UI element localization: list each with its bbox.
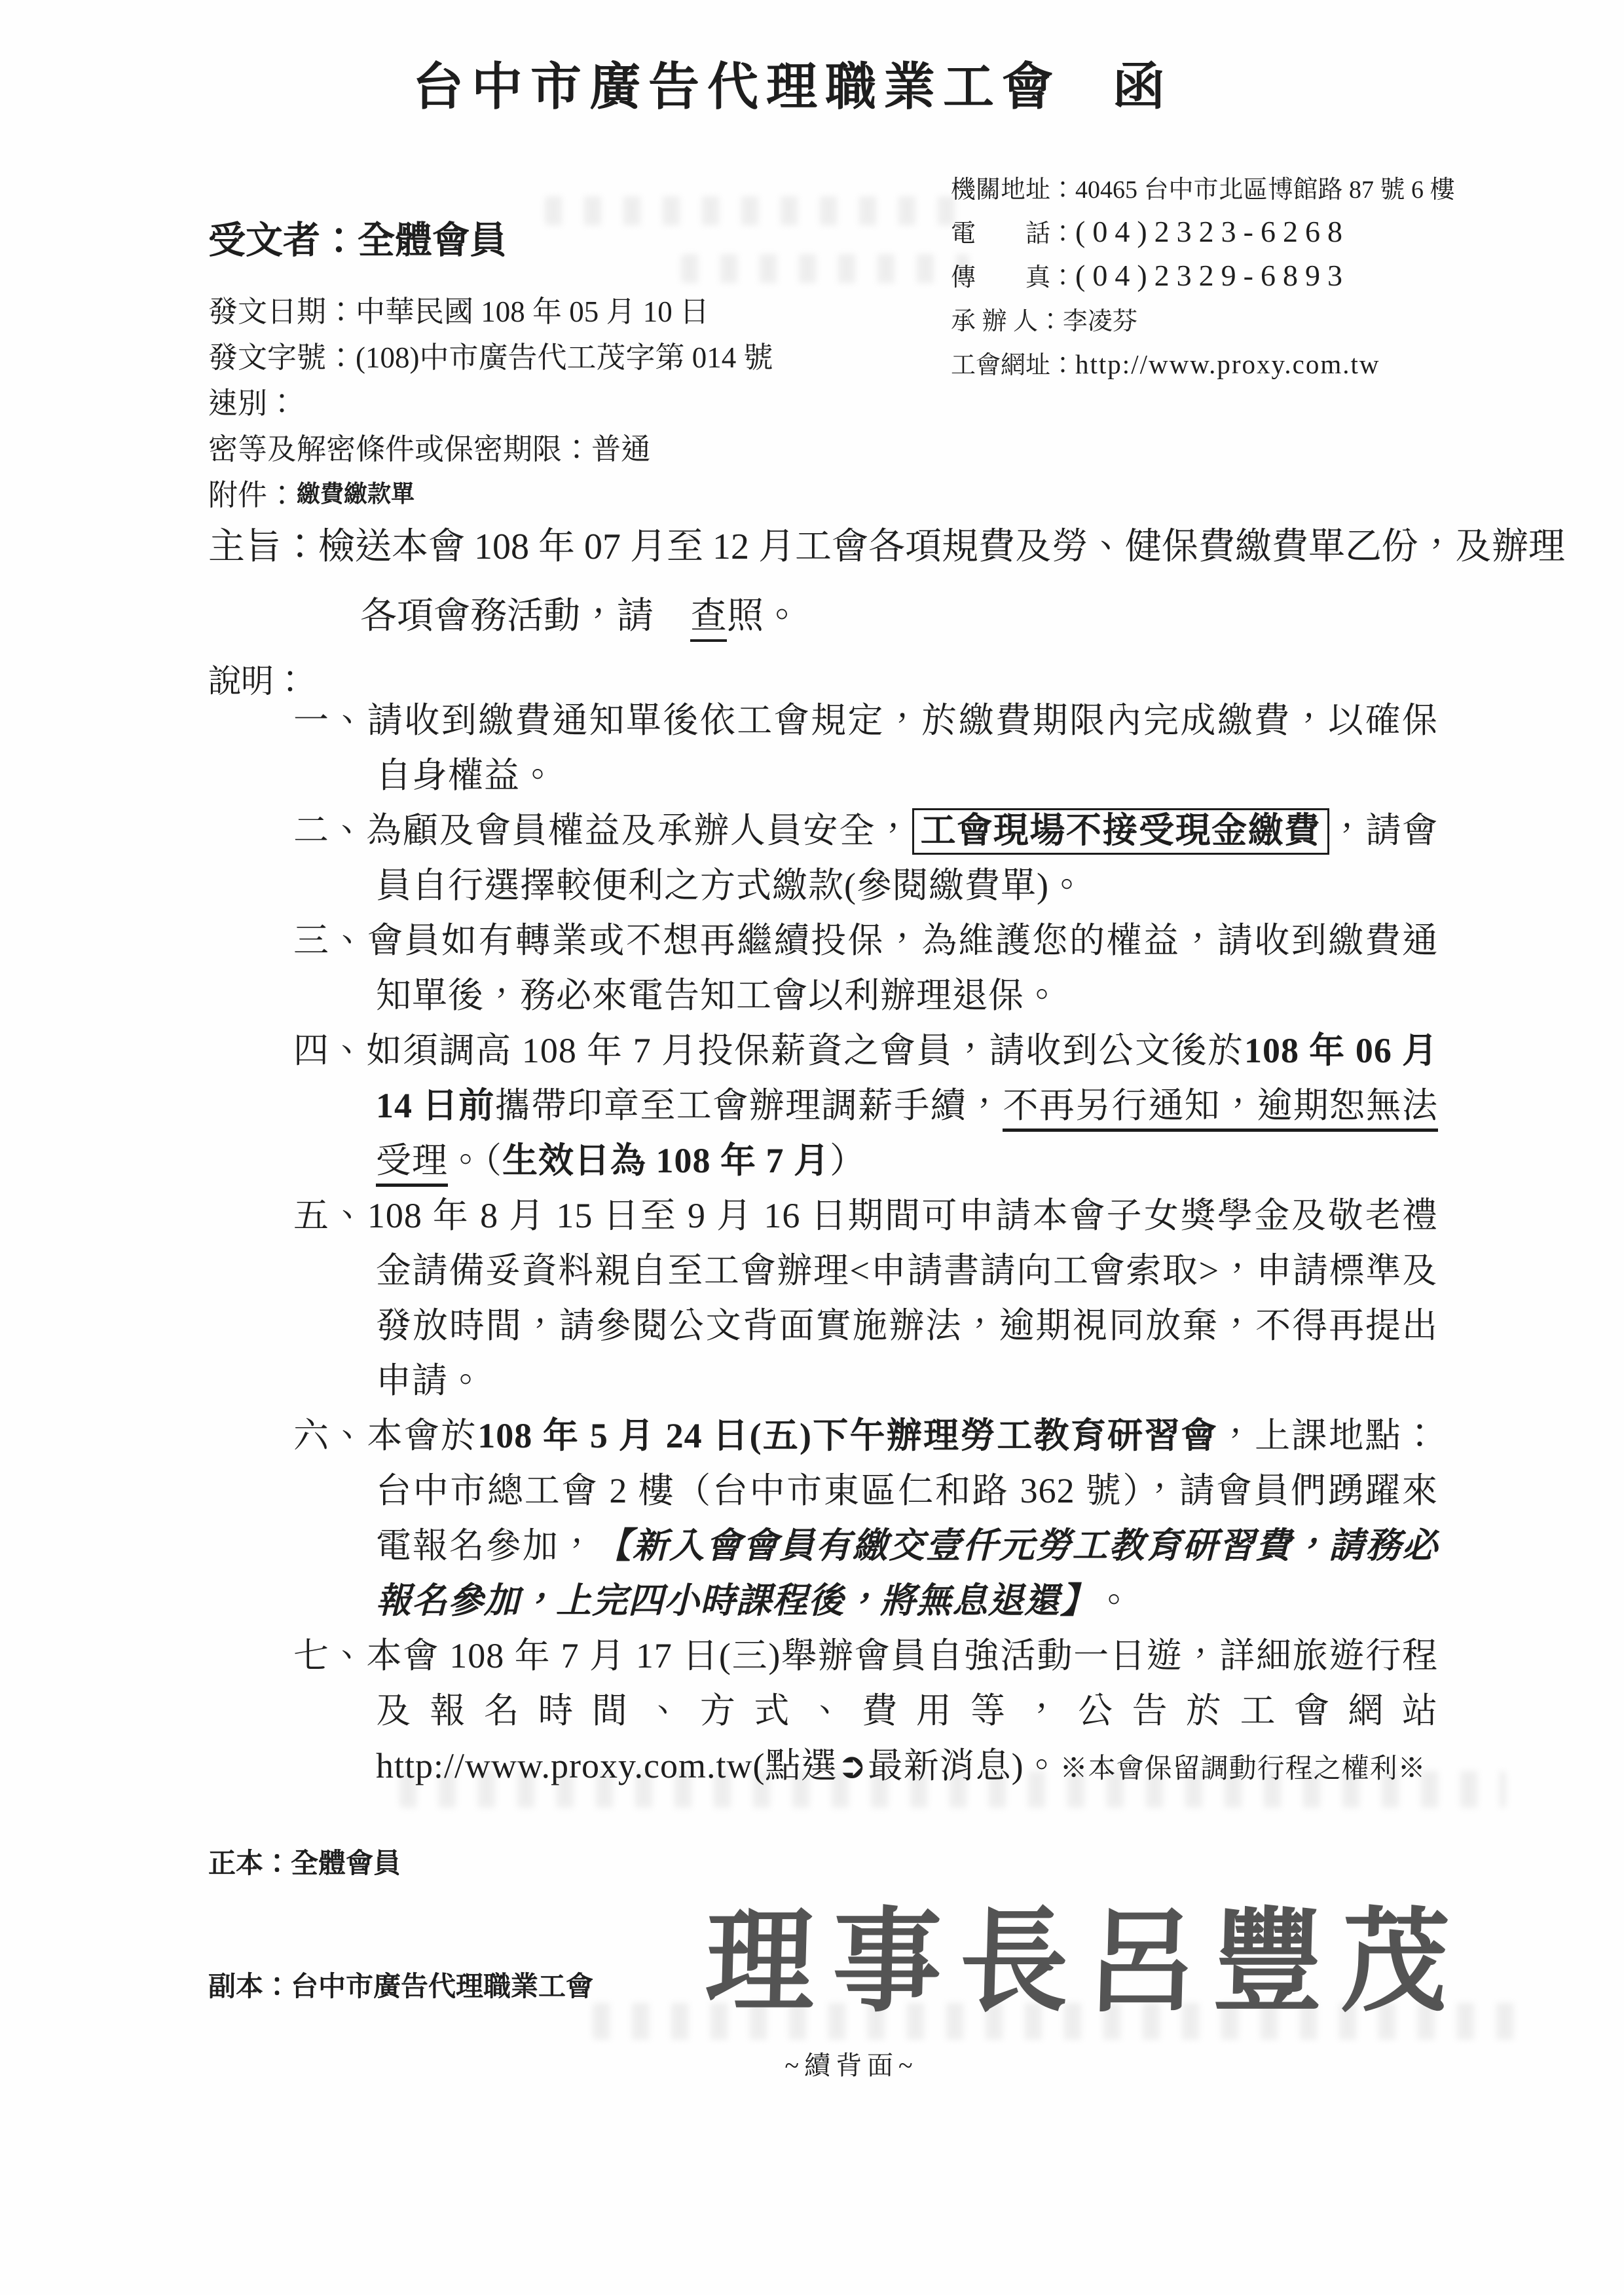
agency-website-line: 工會網址： http://www.proxy.com.tw xyxy=(951,345,1455,388)
attachment-label: 附件： xyxy=(208,471,297,513)
website-label: 工會網址： xyxy=(951,345,1075,381)
attachment-value: 繳費繳款單 xyxy=(297,476,415,509)
agency-phone-line: 電 話： (04)2323-6268 xyxy=(951,213,1455,257)
explanation-items: 一、請收到繳費通知單後依工會規定，於繳費期限內完成繳費，以確保自身權益。二、為顧… xyxy=(293,693,1438,1797)
speed-line: 速別： xyxy=(208,377,773,423)
explanation-label: 說明： xyxy=(208,655,306,702)
subject-paragraph: 主旨：檢送本會 108 年 07 月至 12 月工會各項規費及勞、健保費繳費單乙… xyxy=(208,512,1568,651)
cc-value: 台中市廣告代理職業工會 xyxy=(291,1972,593,2002)
item-text-segment: 工會現場不接受現金繳費 xyxy=(912,808,1329,855)
issue-date-line: 發文日期： 中華民國 108 年 05 月 10 日 xyxy=(208,286,773,331)
org-name: 台中市廣告代理職業工會 xyxy=(413,58,1061,115)
doc-number-value: (108)中市廣告代工茂字第 014 號 xyxy=(356,333,773,376)
item-text-segment: 會員如有轉業或不想再繼續投保，為維護您的權益，請收到繳費通知單後，務必來電告知工… xyxy=(367,921,1438,1015)
item-marker: 七、 xyxy=(293,1636,367,1675)
scanned-letter-page: 台中市廣告代理職業工會函 機關地址： 40465 台中市北區博館路 87 號 6… xyxy=(0,0,1624,2295)
cc-copy-line: 副本：台中市廣告代理職業工會 xyxy=(208,1965,593,2004)
item-text-segment: ※本會保留調動行程之權利※ xyxy=(1060,1754,1426,1784)
document-title: 台中市廣告代理職業工會函 xyxy=(0,46,1585,119)
secrecy-label: 密等及解密條件或保密期限： xyxy=(208,425,591,468)
list-item: 三、會員如有轉業或不想再繼續投保，為維護您的權益，請收到繳費通知單後，務必來電告… xyxy=(293,913,1438,1023)
recipient-label: 受文者： xyxy=(208,210,358,264)
item-text-segment: 生效日為 108 年 7 月 xyxy=(502,1141,830,1180)
item-text-segment: ） xyxy=(830,1141,866,1180)
secrecy-line: 密等及解密條件或保密期限： 普通 xyxy=(208,423,773,469)
item-text-segment: 。 xyxy=(1096,1581,1132,1620)
chairman-signature: 理事長呂豐茂 xyxy=(704,1871,1470,2034)
fax-label: 傳 真： xyxy=(951,257,1075,293)
recipient-value: 全體會員 xyxy=(358,210,507,264)
item-text-segment: 為顧及會員權益及承辦人員安全， xyxy=(366,811,912,850)
item-text-segment: 攜帶印章至工會辦理調薪手續， xyxy=(495,1086,1003,1125)
list-item: 四、如須調高 108 年 7 月投保薪資之會員，請收到公文後於108 年 06 … xyxy=(293,1023,1438,1188)
original-label: 正本： xyxy=(208,1849,291,1879)
item-marker: 六、 xyxy=(293,1416,367,1455)
issue-date-value: 中華民國 108 年 05 月 10 日 xyxy=(356,288,709,330)
recipient-line: 受文者： 全體會員 xyxy=(208,208,773,266)
original-value: 全體會員 xyxy=(291,1849,401,1879)
item-text-segment: 請收到繳費通知單後依工會規定，於繳費期限內完成繳費，以確保自身權益。 xyxy=(367,701,1438,795)
phone-label: 電 話： xyxy=(951,213,1075,249)
item-text-segment: 108 年 5 月 24 日(五)下午辦理勞工教育研習會 xyxy=(477,1416,1218,1455)
list-item: 二、為顧及會員權益及承辦人員安全，工會現場不接受現金繳費，請會員自行選擇較便利之… xyxy=(293,803,1438,913)
original-copy-line: 正本：全體會員 xyxy=(208,1842,401,1881)
list-item: 一、請收到繳費通知單後依工會規定，於繳費期限內完成繳費，以確保自身權益。 xyxy=(293,693,1438,803)
meta-block: 受文者： 全體會員 發文日期： 中華民國 108 年 05 月 10 日 發文字… xyxy=(208,208,773,515)
item-marker: 三、 xyxy=(293,921,367,960)
item-marker: 四、 xyxy=(293,1031,366,1070)
item-text-segment: 108 年 8 月 15 日至 9 月 16 日期間可申請本會子女獎學金及敬老禮… xyxy=(367,1196,1438,1400)
address-label: 機關地址： xyxy=(951,169,1075,205)
continued-on-back-note: ~續背面~ xyxy=(784,2045,917,2082)
item-text-segment: 本會於 xyxy=(367,1416,477,1455)
doc-number-label: 發文字號： xyxy=(208,333,356,376)
secrecy-value: 普通 xyxy=(591,425,650,468)
item-marker: 五、 xyxy=(293,1196,367,1235)
subject-text-end: 照。 xyxy=(727,596,800,637)
list-item: 七、本會 108 年 7 月 17 日(三)舉辦會員自強活動一日遊，詳細旅遊行程… xyxy=(293,1628,1438,1797)
agency-address-line: 機關地址： 40465 台中市北區博館路 87 號 6 樓 xyxy=(951,169,1455,213)
item-marker: 二、 xyxy=(293,811,366,850)
agency-officer-line: 承 辦 人： 李凌芬 xyxy=(951,301,1455,345)
website-value: http://www.proxy.com.tw xyxy=(1075,348,1380,380)
address-value: 40465 台中市北區博館路 87 號 6 樓 xyxy=(1075,169,1455,205)
speed-label: 速別： xyxy=(208,379,297,422)
item-text-segment: 如須調高 108 年 7 月投保薪資之會員，請收到公文後於 xyxy=(366,1031,1244,1070)
item-text-segment: 。（ xyxy=(448,1141,502,1180)
attachment-line: 附件： 繳費繳款單 xyxy=(208,469,773,515)
officer-label: 承 辦 人： xyxy=(951,301,1063,337)
subject-label: 主旨： xyxy=(208,527,318,567)
phone-value: (04)2323-6268 xyxy=(1075,214,1350,249)
subject-text: 檢送本會 108 年 07 月至 12 月工會各項規費及勞、健保費繳費單乙份，及… xyxy=(318,527,1565,637)
doc-number-line: 發文字號： (108)中市廣告代工茂字第 014 號 xyxy=(208,331,773,377)
agency-info-block: 機關地址： 40465 台中市北區博館路 87 號 6 樓 電 話： (04)2… xyxy=(951,169,1455,388)
officer-value: 李凌芬 xyxy=(1063,301,1137,337)
doc-type-label: 函 xyxy=(1113,58,1172,115)
list-item: 五、108 年 8 月 15 日至 9 月 16 日期間可申請本會子女獎學金及敬… xyxy=(293,1188,1438,1408)
issue-date-label: 發文日期： xyxy=(208,288,356,330)
list-item: 六、本會於108 年 5 月 24 日(五)下午辦理勞工教育研習會，上課地點：台… xyxy=(293,1408,1438,1628)
agency-fax-line: 傳 真： (04)2329-6893 xyxy=(951,257,1455,301)
subject-underlined-char: 查 xyxy=(690,596,727,642)
cc-label: 副本： xyxy=(208,1972,291,2002)
fax-value: (04)2329-6893 xyxy=(1075,258,1350,293)
item-marker: 一、 xyxy=(293,701,367,740)
